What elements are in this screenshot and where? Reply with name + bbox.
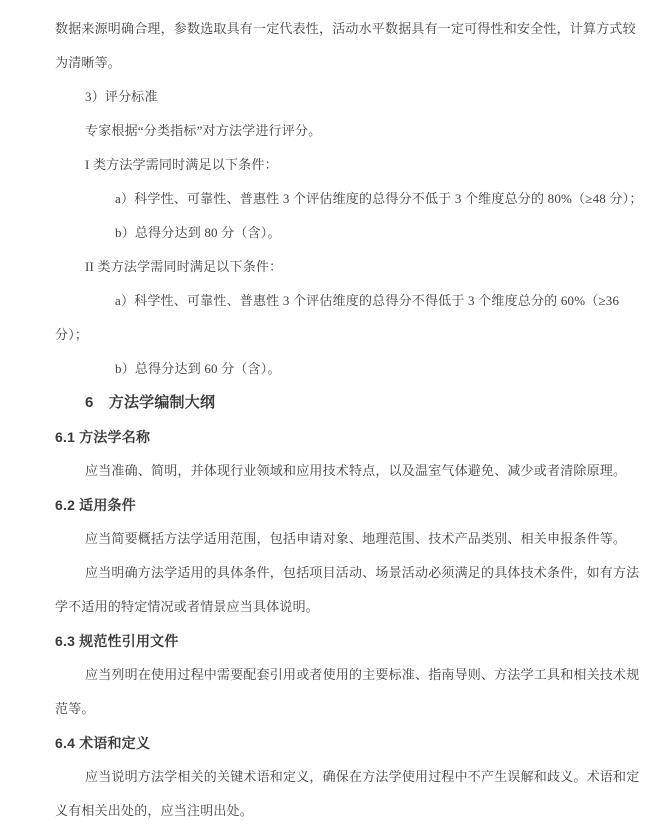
text-line: 专家根据“分类指标”对方法学进行评分。: [85, 114, 624, 148]
text-line: 义有相关出处的，应当注明出处。: [55, 794, 624, 828]
text-line: 学不适用的特定情况或者情景应当具体说明。: [55, 590, 624, 624]
text-line: 范等。: [55, 692, 624, 726]
document-page: 数据来源明确合理，参数选取具有一定代表性，活动水平数据具有一定可得性和安全性，计…: [0, 0, 672, 829]
section-heading: 6.4 术语和定义: [55, 726, 624, 760]
text-line: 3）评分标准: [85, 80, 624, 114]
text-line: b）总得分达到 60 分（含）。: [115, 352, 624, 386]
text-line: 应当简要概括方法学适用范围，包括申请对象、地理范围、技术产品类别、相关申报条件等…: [85, 522, 624, 556]
document-content: 数据来源明确合理，参数选取具有一定代表性，活动水平数据具有一定可得性和安全性，计…: [55, 12, 624, 828]
text-line: II 类方法学需同时满足以下条件：: [85, 250, 624, 284]
text-line: 为清晰等。: [55, 46, 624, 80]
text-line: a）科学性、可靠性、普惠性 3 个评估维度的总得分不得低于 3 个维度总分的 6…: [115, 284, 624, 318]
text-line: I 类方法学需同时满足以下条件：: [85, 148, 624, 182]
text-line: b）总得分达到 80 分（含）。: [115, 216, 624, 250]
text-line: 分）；: [55, 318, 624, 352]
text-line: 应当列明在使用过程中需要配套引用或者使用的主要标准、指南导则、方法学工具和相关技…: [85, 658, 624, 692]
text-line: 应当说明方法学相关的关键术语和定义，确保在方法学使用过程中不产生误解和歧义。术语…: [85, 760, 624, 794]
section-heading: 6.1 方法学名称: [55, 420, 624, 454]
text-line: 应当准确、简明，并体现行业领域和应用技术特点，以及温室气体避免、减少或者清除原理…: [85, 454, 624, 488]
text-line: a）科学性、可靠性、普惠性 3 个评估维度的总得分不低于 3 个维度总分的 80…: [115, 182, 624, 216]
text-line: 应当明确方法学适用的具体条件，包括项目活动、场景活动必须满足的具体技术条件，如有…: [85, 556, 624, 590]
section-heading: 6 方法学编制大纲: [85, 386, 624, 420]
section-heading: 6.3 规范性引用文件: [55, 624, 624, 658]
text-line: 数据来源明确合理，参数选取具有一定代表性，活动水平数据具有一定可得性和安全性，计…: [55, 12, 624, 46]
section-heading: 6.2 适用条件: [55, 488, 624, 522]
